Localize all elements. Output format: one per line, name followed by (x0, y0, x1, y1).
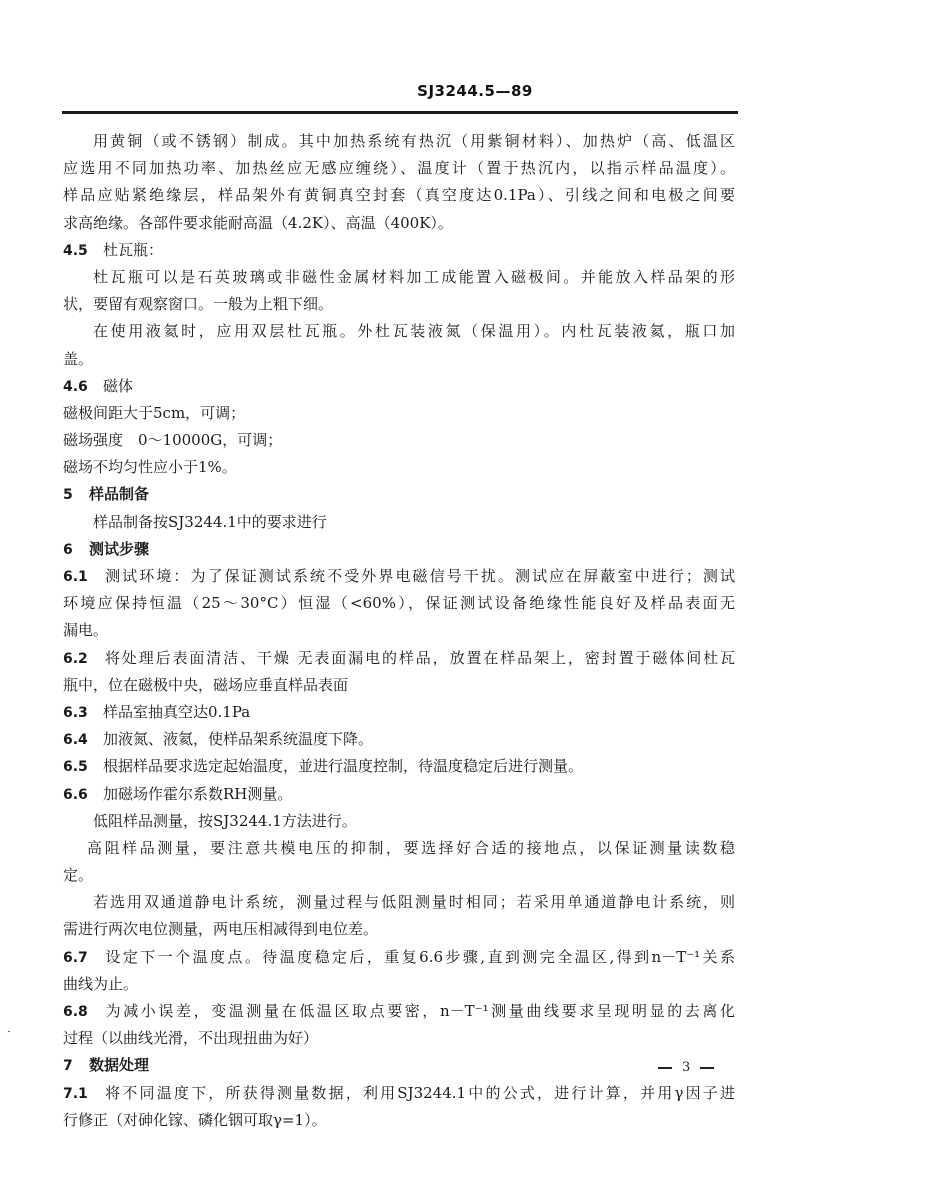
paragraph-text: 环境应保持恒温（25～30°C）恒湿（<60%），保证测试设备绝缘性能良好及样品… (63, 594, 735, 612)
header-rule (62, 111, 738, 114)
paragraph-line: 低阻样品测量，按SJ3244.1方法进行。 (63, 808, 735, 835)
clause-text: 加磁场作霍尔系数RH测量。 (103, 785, 292, 803)
paragraph-text: 低阻样品测量，按SJ3244.1方法进行。 (93, 812, 357, 830)
clause-line: 6.2将处理后表面清洁、干燥 无表面漏电的样品，放置在样品架上，密封置于磁体间杜… (63, 645, 735, 672)
document-code-header: SJ3244.5—89 (0, 82, 950, 100)
clause-line: 6.7设定下一个温度点。待温度稳定后，重复6.6步骤,直到测完全温区,得到n－T… (63, 944, 735, 971)
paragraph-line: 需进行两次电位测量，两电压相减得到电位差。 (63, 916, 735, 943)
paragraph-line: 行修正（对砷化镓、磷化铟可取γ=1）。 (63, 1107, 735, 1134)
clause-text: 加液氮、液氦，使样品架系统温度下降。 (103, 730, 373, 748)
section-heading: 7数据处理 (63, 1052, 735, 1079)
section-title: 测试步骤 (89, 540, 149, 558)
clause-number: 6.4 (63, 727, 97, 754)
clause-line: 4.5杜瓦瓶： (63, 237, 735, 264)
clause-text: 将处理后表面清洁、干燥 无表面漏电的样品，放置在样品架上，密封置于磁体间杜瓦 (103, 649, 735, 667)
paragraph-line: 应选用不同加热功率、加热丝应无感应缠绕）、温度计（置于热沉内，以指示样品温度）。 (63, 155, 735, 182)
section-title: 数据处理 (89, 1056, 149, 1074)
page-number-dash-left (658, 1067, 672, 1069)
clause-number: 6.7 (63, 945, 97, 972)
paragraph-text: 应选用不同加热功率、加热丝应无感应缠绕）、温度计（置于热沉内，以指示样品温度）。 (63, 159, 735, 177)
paragraph-text: 漏电。 (63, 621, 108, 639)
section-number: 5 (63, 482, 85, 509)
section-heading: 5样品制备 (63, 481, 735, 508)
paragraph-line: 环境应保持恒温（25～30°C）恒湿（<60%），保证测试设备绝缘性能良好及样品… (63, 590, 735, 617)
paragraph-text: 磁极间距大于5cm，可调； (63, 404, 245, 422)
paragraph-line: 磁极间距大于5cm，可调； (63, 400, 735, 427)
paragraph-line: 求高绝缘。各部件要求能耐高温（4.2K）、高温（400K）。 (63, 210, 735, 237)
paragraph-line: 样品制备按SJ3244.1中的要求进行 (63, 509, 735, 536)
page-number-value: 3 (682, 1060, 690, 1075)
document-body: 用黄铜（或不锈钢）制成。其中加热系统有热沉（用紫铜材料）、加热炉（高、低温区应选… (63, 128, 735, 1134)
clause-text: 为减小误差，变温测量在低温区取点要密，n－T⁻¹测量曲线要求呈现明显的去离化 (103, 1002, 735, 1020)
paragraph-line: 过程（以曲线光滑，不出现扭曲为好） (63, 1025, 735, 1052)
clause-number: 4.5 (63, 238, 97, 265)
paragraph-line: 杜瓦瓶可以是石英玻璃或非磁性金属材料加工成能置入磁极间。并能放入样品架的形 (63, 264, 735, 291)
page-number-dash-right (700, 1067, 714, 1069)
section-title: 样品制备 (89, 485, 149, 503)
paragraph-line: 在使用液氦时，应用双层杜瓦瓶。外杜瓦装液氮（保温用）。内杜瓦装液氦，瓶口加 (63, 318, 735, 345)
paragraph-line: 高阻样品测量，要注意共模电压的抑制，要选择好合适的接地点，以保证测量读数稳 (63, 835, 735, 862)
paragraph-text: 需进行两次电位测量，两电压相减得到电位差。 (63, 920, 378, 938)
paragraph-line: 曲线为止。 (63, 971, 735, 998)
clause-number: 6.6 (63, 782, 97, 809)
paragraph-text: 瓶中，位在磁极中央，磁场应垂直样品表面 (63, 676, 348, 694)
clause-text: 将不同温度下，所获得测量数据，利用SJ3244.1中的公式，进行计算，并用γ因子… (103, 1084, 735, 1102)
clause-number: 6.8 (63, 999, 97, 1026)
paragraph-line: 状，要留有观察窗口。一般为上粗下细。 (63, 291, 735, 318)
paragraph-line: 用黄铜（或不锈钢）制成。其中加热系统有热沉（用紫铜材料）、加热炉（高、低温区 (63, 128, 735, 155)
clause-line: 6.6加磁场作霍尔系数RH测量。 (63, 781, 735, 808)
clause-text: 样品室抽真空达0.1Pa (103, 703, 250, 721)
section-number: 7 (63, 1053, 85, 1080)
paragraph-line: 定。 (63, 862, 735, 889)
paragraph-text: 用黄铜（或不锈钢）制成。其中加热系统有热沉（用紫铜材料）、加热炉（高、低温区 (93, 132, 735, 150)
paragraph-text: 样品应贴紧绝缘层，样品架外有黄铜真空封套（真空度达0.1Pa）、引线之间和电极之… (63, 186, 735, 204)
paragraph-text: 求高绝缘。各部件要求能耐高温（4.2K）、高温（400K）。 (63, 214, 453, 232)
paragraph-line: 磁场不均匀性应小于1%。 (63, 454, 735, 481)
paragraph-text: 曲线为止。 (63, 975, 138, 993)
paragraph-text: 盖。 (63, 350, 93, 368)
clause-text: 设定下一个温度点。待温度稳定后，重复6.6步骤,直到测完全温区,得到n－T⁻¹关… (103, 948, 735, 966)
clause-number: 6.5 (63, 754, 97, 781)
section-heading: 6测试步骤 (63, 536, 735, 563)
clause-line: 6.1测试环境：为了保证测试系统不受外界电磁信号干扰。测试应在屏蔽室中进行；测试 (63, 563, 735, 590)
paragraph-text: 在使用液氦时，应用双层杜瓦瓶。外杜瓦装液氮（保温用）。内杜瓦装液氦，瓶口加 (93, 322, 735, 340)
paragraph-text: 定。 (63, 866, 93, 884)
clause-text: 杜瓦瓶： (103, 241, 163, 259)
clause-number: 6.3 (63, 700, 97, 727)
paragraph-line: 漏电。 (63, 617, 735, 644)
clause-text: 磁体 (103, 377, 133, 395)
clause-number: 4.6 (63, 374, 97, 401)
paragraph-text: 杜瓦瓶可以是石英玻璃或非磁性金属材料加工成能置入磁极间。并能放入样品架的形 (93, 268, 735, 286)
paragraph-line: 若选用双通道静电计系统，测量过程与低阻测量时相同；若采用单通道静电计系统，则 (63, 889, 735, 916)
clause-number: 6.2 (63, 646, 97, 673)
clause-line: 6.8为减小误差，变温测量在低温区取点要密，n－T⁻¹测量曲线要求呈现明显的去离… (63, 998, 735, 1025)
paragraph-text: 若选用双通道静电计系统，测量过程与低阻测量时相同；若采用单通道静电计系统，则 (93, 893, 735, 911)
clause-line: 6.5根据样品要求选定起始温度，並进行温度控制，待温度稳定后进行测量。 (63, 753, 735, 780)
paragraph-line: 磁场强度 0～10000G，可调； (63, 427, 735, 454)
page-number: 3 (648, 1060, 724, 1075)
scan-margin-mark (8, 1031, 10, 1032)
clause-line: 6.4加液氮、液氦，使样品架系统温度下降。 (63, 726, 735, 753)
paragraph-text: 高阻样品测量，要注意共模电压的抑制，要选择好合适的接地点，以保证测量读数稳 (87, 839, 735, 857)
paragraph-line: 盖。 (63, 346, 735, 373)
paragraph-text: 行修正（对砷化镓、磷化铟可取γ=1）。 (63, 1111, 327, 1129)
clause-line: 7.1将不同温度下，所获得测量数据，利用SJ3244.1中的公式，进行计算，并用… (63, 1080, 735, 1107)
clause-number: 6.1 (63, 564, 97, 591)
paragraph-text: 磁场强度 0～10000G，可调； (63, 431, 282, 449)
clause-number: 7.1 (63, 1081, 97, 1108)
clause-text: 根据样品要求选定起始温度，並进行温度控制，待温度稳定后进行测量。 (103, 757, 583, 775)
paragraph-text: 过程（以曲线光滑，不出现扭曲为好） (63, 1029, 318, 1047)
clause-line: 4.6磁体 (63, 373, 735, 400)
paragraph-line: 样品应贴紧绝缘层，样品架外有黄铜真空封套（真空度达0.1Pa）、引线之间和电极之… (63, 182, 735, 209)
section-number: 6 (63, 537, 85, 564)
clause-line: 6.3样品室抽真空达0.1Pa (63, 699, 735, 726)
paragraph-text: 磁场不均匀性应小于1%。 (63, 458, 237, 476)
clause-text: 测试环境：为了保证测试系统不受外界电磁信号干扰。测试应在屏蔽室中进行；测试 (103, 567, 735, 585)
paragraph-text: 状，要留有观察窗口。一般为上粗下细。 (63, 295, 333, 313)
paragraph-text: 样品制备按SJ3244.1中的要求进行 (93, 513, 327, 531)
paragraph-line: 瓶中，位在磁极中央，磁场应垂直样品表面 (63, 672, 735, 699)
